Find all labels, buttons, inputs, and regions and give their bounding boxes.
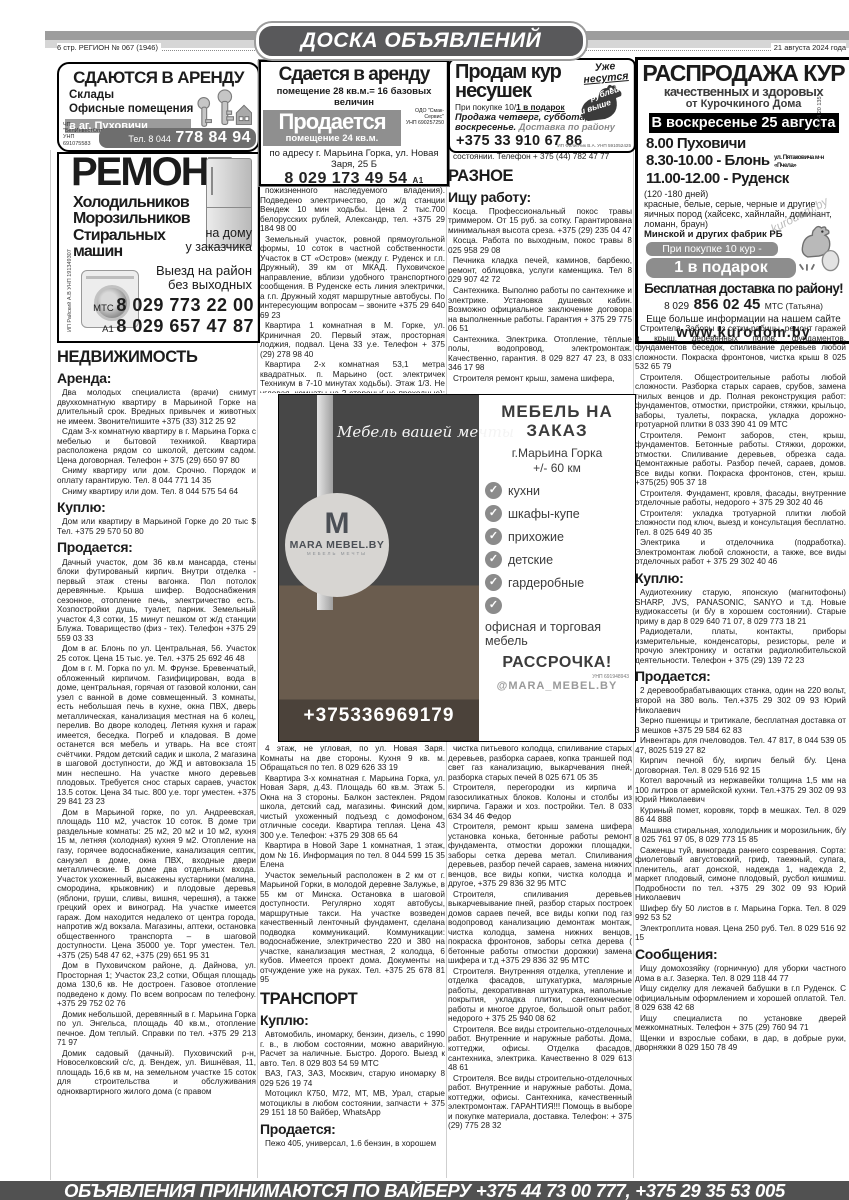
check-icon: ✓ [485, 482, 502, 499]
classified-text: Куриный помет, коровяк, торф в мешках. Т… [635, 806, 846, 825]
ad-subtitle: помещение 28 кв.м.= 16 базовых величин [261, 86, 447, 108]
section-heading: РАЗНОЕ [448, 167, 632, 186]
classified-text: Сниму квартиру или дом. Срочно. Порядок … [57, 466, 256, 485]
newspaper-page: 6 стр. РЕГИОН № 067 (1946) ДОСКА ОБЪЯВЛЕ… [0, 0, 849, 1200]
ad-laying-hens: Уженесутся от 6 рублей и выше Продам кур… [448, 58, 636, 153]
section-heading: Куплю: [260, 1012, 445, 1028]
schedule-row: 8.00 Пуховичи [646, 135, 849, 152]
classified-text: Косца. Работа по выходным, покос травы 8… [448, 236, 632, 255]
ad-social-handle: @MARA_MEBEL.BY [485, 680, 629, 692]
furniture-item: ✓кухни [485, 482, 629, 499]
ad-chicken-sale: РАСПРОДАЖА КУР качественных и здоровых о… [635, 57, 849, 344]
classified-text: Сантехника. Электрика. Отопление, тёплые… [448, 335, 632, 373]
ad-phone: Тел. 8 044 778 84 94 [99, 128, 256, 148]
ad-furniture: Мебель вашей мечты M MARA MEBEL.BY МЕБЕЛ… [278, 394, 636, 742]
check-icon: ✓ [485, 597, 502, 614]
classified-text: Мотоцикл К750, М72, МТ, МВ, Урал, старые… [260, 1089, 445, 1118]
column-3-bottom: чистка питьевого колодца, спиливание ста… [448, 744, 632, 1181]
classified-text: Щенки и взрослые собаки, в дар, в добрые… [635, 1034, 846, 1053]
furniture-photo: Мебель вашей мечты M MARA MEBEL.BY МЕБЕЛ… [279, 395, 479, 741]
furniture-item: ✓офисная и торговая мебель [485, 597, 629, 648]
schedule-note: ул. Пятаковича м-н «Пчела» [774, 154, 834, 168]
furniture-item-label: гардеробные [508, 576, 584, 590]
ad-delivery: Бесплатная доставка по району! [638, 281, 849, 296]
classified-text: Дом в аг. Блонь по ул. Центральная, 56. … [57, 644, 256, 663]
classified-text: Аудиотехнику старую, японскую (магнитофо… [635, 588, 846, 626]
furniture-item-label: прихожие [508, 530, 564, 544]
ad-tagline: Мебель вашей мечты [337, 423, 514, 441]
classified-text: Зерно пшеницы и тритикале, бесплатная до… [635, 716, 846, 735]
check-icon: ✓ [485, 505, 502, 522]
ad-premises-rent-sale: Сдается в аренду помещение 28 кв.м.= 16 … [259, 60, 449, 186]
classified-text: Пежо 405, универсал, 1.6 бензин, в хорош… [260, 1139, 445, 1149]
left-margin-rule [50, 150, 51, 1180]
classified-text: Строителя. Все виды строительно-отделочн… [448, 1025, 632, 1073]
classified-text: Дом в Пуховичском районе, д. Дайнова, ул… [57, 961, 256, 1009]
classified-text: Дачный участок, дом 36 кв.м мансарда, ст… [57, 558, 256, 644]
section-heading: Аренда: [57, 370, 256, 386]
classified-text: Строителя. Заборы из сетки-рабицы, ремон… [635, 324, 846, 372]
classified-text: Сдам 3-х комнатную квартиру в г. Марьина… [57, 427, 256, 465]
ad-promo-gift: 1 в подарок [646, 258, 796, 278]
ad-phone: 8 029 856 02 45 МТС (Татьяна) [638, 296, 849, 314]
check-icon: ✓ [485, 574, 502, 591]
classified-text: Квартира 2-х комнатная 53,1 метра квадра… [260, 360, 445, 393]
classified-text: Домик небольшой, деревянный в г. Марьина… [57, 1010, 256, 1048]
section-heading: Куплю: [635, 570, 846, 586]
section-heading: НЕДВИЖИМОСТЬ [57, 348, 256, 367]
ad-side-code: СА 74 20 135 [817, 96, 823, 130]
column-services-misc: Строителя. Заборы из сетки-рабицы, ремон… [635, 324, 846, 1181]
schedule-row: 11.00-12.00 - Руденск [646, 170, 849, 187]
ad-appliance-repair: ИП Райский А.В УНП 191349307 РЕМОНТ Холо… [57, 152, 260, 343]
column-real-estate: НЕДВИЖИМОСТЬАренда:Два молодых специалис… [57, 343, 256, 1181]
ad-sale-block: Продается помещение 24 кв.м. [263, 110, 401, 146]
schedule-row: 8.30-10.00 - Блоньул. Пятаковича м-н «Пч… [646, 152, 849, 169]
check-icon: ✓ [485, 528, 502, 545]
section-heading: Сообщения: [635, 946, 846, 962]
classified-text: Шифер б/у 50 листов в г. Марьина Горка. … [635, 904, 846, 923]
classified-text: Дом в Марьиной горке, по ул. Андреевская… [57, 808, 256, 960]
section-heading: ТРАНСПОРТ [260, 990, 445, 1009]
classified-text: Строителя, спиливания деревьев выкарчевы… [448, 890, 632, 966]
classified-text: Квартира 1 комнатная в М. Горке, ул. Кри… [260, 321, 445, 359]
classified-text: Два молодых специалиста (врачи) снимут д… [57, 388, 256, 426]
phone-row: МТС 8 029 773 22 00 [77, 295, 254, 316]
classified-text: ВАЗ, ГАЗ, ЗАЗ, Москвич, старую иномарку … [260, 1069, 445, 1088]
ad-location: г.Марьина Горка+/- 60 км [485, 446, 629, 476]
ad-rent-out: СДАЮТСЯ В АРЕНДУ Склады Офисные помещени… [57, 62, 260, 152]
ad-title: РАСПРОДАЖА КУР [638, 62, 849, 85]
classified-text: чистка питьевого колодца, спиливание ста… [448, 744, 632, 782]
classified-text: 4 этаж, не угловая, по ул. Новая Заря. К… [260, 744, 445, 773]
page-number-issue: 6 стр. РЕГИОН № 067 (1946) [57, 43, 161, 52]
ad-company-unp: ОДО "Смак-Сервис"УНП 690257250 [400, 108, 444, 126]
furniture-item-list: ✓кухни✓шкафы-купе✓прихожие✓детские✓гарде… [485, 482, 629, 648]
classified-text: Автомобиль, иномарку, бензин, дизель, с … [260, 1030, 445, 1068]
classified-text: Строителя, ремонт крыш замена шифера уст… [448, 822, 632, 889]
ad-schedule: 8.00 Пуховичи8.30-10.00 - Блоньул. Пятак… [638, 135, 849, 187]
ad-company-unp: ИП Райский А.В УНП 191349307 [67, 249, 73, 332]
ad-phone: +375336969179 [279, 705, 479, 727]
page-title: ДОСКА ОБЪЯВЛЕНИЙ [256, 23, 586, 59]
phone-row: А1 8 029 657 47 87 [77, 316, 254, 337]
classified-text: Участок земельный расположен в 2 км от г… [260, 871, 445, 985]
ad-note: на домуу заказчика [186, 226, 252, 255]
section-heading: Продается: [260, 1121, 445, 1137]
classified-text: Ищу сиделку для лежачей бабушки в г.п Ру… [635, 984, 846, 1013]
classified-text: Земельный участок, ровной прямоугольной … [260, 235, 445, 321]
ad-title: СДАЮТСЯ В АРЕНДУ [59, 68, 258, 88]
classified-text: Инвентарь для пчеловодов. Тел. 47 817, 8… [635, 736, 846, 755]
furniture-item-label: офисная и торговая мебель [485, 620, 629, 648]
hen-with-egg-icon [787, 222, 845, 272]
classified-text: Саженцы туй, винограда раннего созревани… [635, 846, 846, 903]
logo-glyph: M [285, 509, 389, 539]
classified-text: Сантехника. Выполню работы по сантехнике… [448, 286, 632, 334]
classified-text: Строителя. Общестроительные работы любой… [635, 373, 846, 430]
submission-banner: ОБЪЯВЛЕНИЯ ПРИНИМАЮТСЯ ПО ВАЙБЕРУ +375 4… [0, 1181, 849, 1200]
furniture-item: ✓детские [485, 551, 629, 568]
ad-promo: При покупке 10 кур - [646, 242, 778, 256]
classified-text: Домик садовый (дачный). Пуховичский р-н,… [57, 1049, 256, 1097]
classified-text: Строителя. Фундамент, кровля, фасады, вн… [635, 489, 846, 508]
furniture-panel: МЕБЕЛЬ НАЗАКАЗ г.Марьина Горка+/- 60 км … [479, 395, 635, 741]
classified-text: Квартира 3-х комнатная г. Марьина Горка,… [260, 774, 445, 841]
ad-phone: 8 029 173 49 54 А1 [261, 170, 447, 186]
brand-logo: M MARA MEBEL.BY МЕБЕЛЬ МЕЧТЫ [285, 493, 389, 597]
section-heading: Ищу работу: [448, 189, 632, 205]
furniture-item: ✓шкафы-купе [485, 505, 629, 522]
furniture-item-label: детские [508, 553, 553, 567]
ad-company-unp: ЧП "БелИнвестОптМеталл"УНП 691075583 [63, 122, 99, 147]
column-2-bottom: 4 этаж, не угловая, по ул. Новая Заря. К… [260, 744, 445, 1181]
issue-date: 21 августа 2024 года [771, 43, 846, 52]
classified-text: Электрика и отделочника (подработка). Эл… [635, 538, 846, 567]
classified-text: Строителя. Ремонт заборов, стен, крыш, ф… [635, 431, 846, 488]
classified-text: Ищу специалиста по установке дверей межк… [635, 1014, 846, 1033]
classified-text: Радиодетали, платы, контакты, приборы из… [635, 627, 846, 665]
ad-phones: МТС 8 029 773 22 00А1 8 029 657 47 87 [77, 295, 254, 337]
classified-text: Дом или квартиру в Марьиной Горке до 20 … [57, 517, 256, 536]
furniture-item-label: кухни [508, 484, 540, 498]
ad-address: по адресу г. Марьина Горка, ул. Новая За… [261, 148, 447, 170]
classified-text: Ищу домохозяйку (горничную) для уборки ч… [635, 964, 846, 983]
ad-date-banner: В воскресенье 25 августа [649, 113, 839, 133]
classified-text: Кирпич печной б/у, кирпич белый б/у. Цен… [635, 756, 846, 775]
ad-company-unp: ИП Филипчик В.А. УНП 591052425 [557, 143, 631, 148]
classified-text: Строителя: укладка тротуарной плитки люб… [635, 509, 846, 538]
classified-text: Строителя ремонт крыш, замена шифера, [448, 374, 632, 384]
classified-text: Печника кладка печей, каминов, барбекю, … [448, 256, 632, 285]
classified-text: Машина стиральная, холодильник и морозил… [635, 826, 846, 845]
section-heading: Куплю: [57, 499, 256, 515]
classified-text: Котел варочный из нержавейки толщина 1,5… [635, 776, 846, 805]
classified-text: Дом в г. М. Горка по ул. М. Фрунзе. Брев… [57, 664, 256, 807]
classified-text: Квартира в Новой Заре 1 комнатная, 1 эта… [260, 841, 445, 870]
furniture-item: ✓гардеробные [485, 574, 629, 591]
ad-title: Сдается в аренду [261, 64, 447, 86]
furniture-item: ✓прихожие [485, 528, 629, 545]
ad-note: Выезд на районбез выходных [156, 264, 252, 293]
ad-installment: РАССРОЧКА! [485, 654, 629, 672]
section-heading: Продается: [635, 668, 846, 684]
classified-text: Сниму квартиру или дом. Тел. 8 044 575 5… [57, 487, 256, 497]
classified-text: пожизненного наследуемого владения). Под… [260, 186, 445, 234]
classified-text: Строителя, перегородки из кирпича и газо… [448, 783, 632, 821]
classified-text: Строителя. Внутренняя отделка, утепление… [448, 967, 632, 1024]
check-icon: ✓ [485, 551, 502, 568]
classified-text: 2 деревообрабатывающих станка, один на 2… [635, 686, 846, 715]
classified-text: состоянии. Телефон + 375 (44) 782 47 77 [448, 152, 632, 162]
classified-text: Электроплита новая. Цена 250 руб. Тел. 8… [635, 924, 846, 943]
column-3-top: состоянии. Телефон + 375 (44) 782 47 77Р… [448, 152, 632, 393]
classified-text: Строителя. Все виды строительно-отделочн… [448, 1074, 632, 1131]
column-2-top: пожизненного наследуемого владения). Под… [260, 186, 445, 393]
classified-text: Косца. Профессиональный покос травы трим… [448, 207, 632, 236]
furniture-item-label: шкафы-купе [508, 507, 580, 521]
section-heading: Продается: [57, 539, 256, 555]
